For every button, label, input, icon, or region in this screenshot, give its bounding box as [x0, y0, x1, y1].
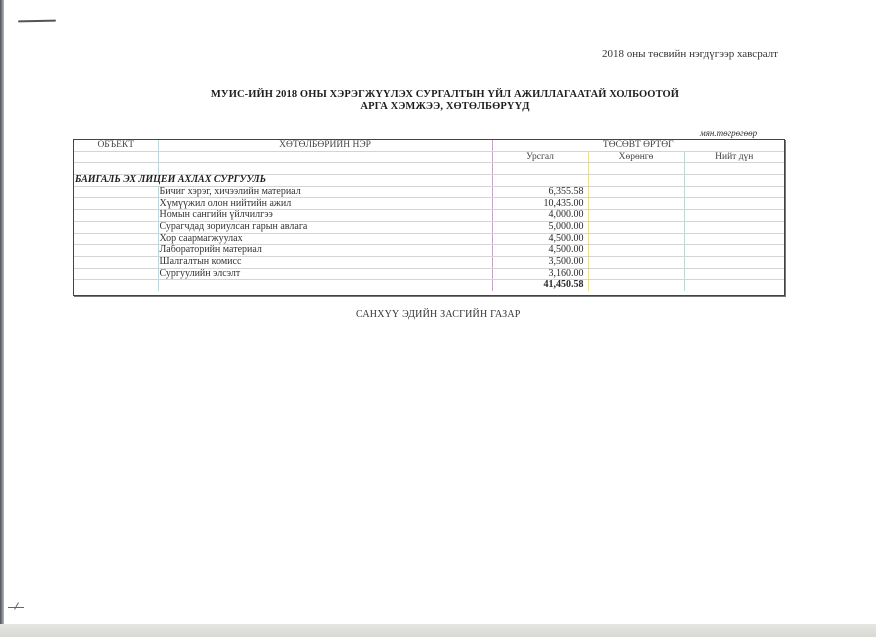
total-row: 41,450.58 — [74, 280, 784, 291]
object-cell — [74, 221, 158, 233]
table-row: Хор саармагжуулах4,500.00 — [74, 233, 784, 245]
table-row: Сургуулийн элсэлт3,160.00 — [74, 268, 784, 280]
total-value — [684, 268, 784, 280]
grand-total-total — [684, 280, 784, 291]
table-row: Бичиг хэрэг, хичээлийн материал6,355.58 — [74, 186, 784, 198]
total-program-cell — [158, 280, 492, 291]
current-value: 10,435.00 — [492, 198, 588, 210]
header-blank-program — [158, 151, 492, 163]
object-cell — [74, 268, 158, 280]
title-line-1: МУИС-ИЙН 2018 ОНЫ ХЭРЭГЖҮҮЛЭХ СУРГАЛТЫН … — [200, 89, 690, 101]
total-value — [684, 198, 784, 210]
total-value — [684, 245, 784, 257]
section-title: БАЙГАЛЬ ЭХ ЛИЦЕЙ АХЛАХ СУРГУУЛЬ — [74, 175, 492, 187]
object-cell — [74, 198, 158, 210]
capital-value — [588, 210, 684, 222]
grand-total-capital — [588, 280, 684, 291]
title-line-2: АРГА ХЭМЖЭЭ, ХӨТӨЛБӨРҮҮД — [200, 101, 690, 113]
header-object: ОБЪЕКТ — [74, 140, 158, 151]
current-value: 3,500.00 — [492, 256, 588, 268]
table-row: Лабораторийн материал4,500.00 — [74, 245, 784, 257]
current-value: 4,500.00 — [492, 245, 588, 257]
budget-table: ОБЪЕКТ ХӨТӨЛБӨРИЙН НЭР ТӨСӨВТ ӨРТӨГ Урсг… — [73, 139, 785, 296]
table-row: Шалгалтын комисс3,500.00 — [74, 256, 784, 268]
scan-bottom-edge — [0, 624, 876, 637]
current-value: 5,000.00 — [492, 221, 588, 233]
document-title: МУИС-ИЙН 2018 ОНЫ ХЭРЭГЖҮҮЛЭХ СУРГАЛТЫН … — [200, 89, 690, 113]
pen-mark — [8, 604, 26, 610]
header-row-1: ОБЪЕКТ ХӨТӨЛБӨРИЙН НЭР ТӨСӨВТ ӨРТӨГ — [74, 140, 784, 151]
total-value — [684, 186, 784, 198]
capital-value — [588, 233, 684, 245]
budget-table-grid: ОБЪЕКТ ХӨТӨЛБӨРИЙН НЭР ТӨСӨВТ ӨРТӨГ Урсг… — [74, 140, 784, 291]
capital-value — [588, 245, 684, 257]
current-value: 4,500.00 — [492, 233, 588, 245]
staple-mark — [18, 20, 56, 23]
spacer-row — [74, 163, 784, 175]
header-program: ХӨТӨЛБӨРИЙН НЭР — [158, 140, 492, 151]
program-name: Хүмүүжил олон нийтийн ажил — [158, 198, 492, 210]
program-name: Шалгалтын комисс — [158, 256, 492, 268]
unit-label: мян.төгрөгөөр — [700, 128, 757, 138]
object-cell — [74, 233, 158, 245]
object-cell — [74, 210, 158, 222]
current-value: 6,355.58 — [492, 186, 588, 198]
capital-value — [588, 198, 684, 210]
header-capital: Хөрөнгө — [588, 151, 684, 163]
footer-organization: САНХҮҮ ЭДИЙН ЗАСГИЙН ГАЗАР — [356, 309, 521, 320]
header-blank-object — [74, 151, 158, 163]
object-cell — [74, 256, 158, 268]
header-current: Урсгал — [492, 151, 588, 163]
program-name: Сурагчдад зориулсан гарын авлага — [158, 221, 492, 233]
capital-value — [588, 268, 684, 280]
program-name: Номын сангийн үйлчилгээ — [158, 210, 492, 222]
header-budget: ТӨСӨВТ ӨРТӨГ — [492, 140, 784, 151]
table-row: Хүмүүжил олон нийтийн ажил10,435.00 — [74, 198, 784, 210]
program-name: Бичиг хэрэг, хичээлийн материал — [158, 186, 492, 198]
capital-value — [588, 221, 684, 233]
capital-value — [588, 256, 684, 268]
total-value — [684, 210, 784, 222]
program-name: Хор саармагжуулах — [158, 233, 492, 245]
current-value: 3,160.00 — [492, 268, 588, 280]
header-total: Нийт дүн — [684, 151, 784, 163]
program-name: Лабораторийн материал — [158, 245, 492, 257]
header-row-2: Урсгал Хөрөнгө Нийт дүн — [74, 151, 784, 163]
total-object-cell — [74, 280, 158, 291]
current-value: 4,000.00 — [492, 210, 588, 222]
table-row: Номын сангийн үйлчилгээ4,000.00 — [74, 210, 784, 222]
section-row: БАЙГАЛЬ ЭХ ЛИЦЕЙ АХЛАХ СУРГУУЛЬ — [74, 175, 784, 187]
total-value — [684, 233, 784, 245]
annex-label: 2018 оны төсвийн нэгдүгээр хавсралт — [602, 48, 778, 60]
total-value — [684, 256, 784, 268]
object-cell — [74, 245, 158, 257]
program-name: Сургуулийн элсэлт — [158, 268, 492, 280]
object-cell — [74, 186, 158, 198]
total-value — [684, 221, 784, 233]
scan-left-edge — [0, 0, 4, 637]
capital-value — [588, 186, 684, 198]
grand-total-current: 41,450.58 — [492, 280, 588, 291]
table-row: Сурагчдад зориулсан гарын авлага5,000.00 — [74, 221, 784, 233]
